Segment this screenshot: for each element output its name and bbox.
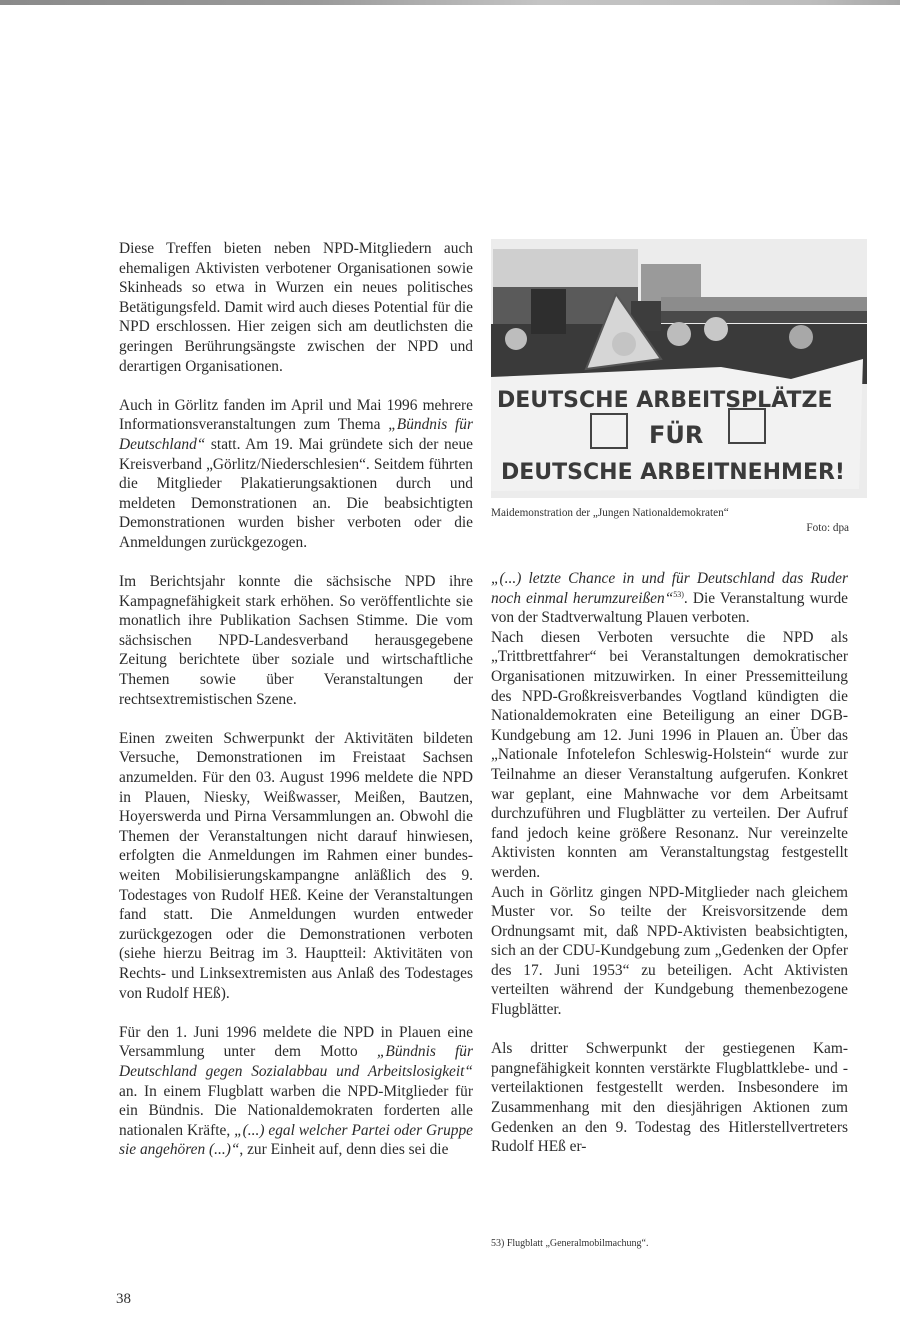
paragraph-treffen: Diese Treffen bieten neben NPD-Mitgliede…: [119, 239, 473, 376]
right-column: „(...) letzte Chance in und für Deutschl…: [491, 569, 848, 1157]
photo-caption: Maidemonstration der „Jungen Nationaldem…: [491, 506, 849, 536]
paragraph-goerlitz: Auch in Görlitz fanden im April und Mai …: [119, 396, 473, 553]
paragraph-dritter-schwerpunkt: Als dritter Schwerpunkt der gestiegenen …: [491, 1039, 848, 1157]
paragraph-zweiter-schwerpunkt: Einen zweiten Schwerpunkt der Aktivitäte…: [119, 729, 473, 1003]
page-number: 38: [116, 1291, 131, 1308]
paragraph-letzte-chance: „(...) letzte Chance in und für Deutschl…: [491, 569, 848, 628]
paragraph-juni-plauen: Für den 1. Juni 1996 meldete die NPD in …: [119, 1023, 473, 1160]
left-column: Diese Treffen bieten neben NPD-Mitgliede…: [119, 239, 473, 1160]
paragraph-berichtsjahr: Im Berichtsjahr konnte die sächsische NP…: [119, 572, 473, 709]
footnote-53: 53) Flugblatt „Generalmobilmachung“.: [491, 1238, 648, 1249]
svg-text:DEUTSCHE ARBEITNEHMER!: DEUTSCHE ARBEITNEHMER!: [501, 460, 845, 485]
scan-edge-bar: [0, 0, 900, 5]
paragraph-goerlitz-muster: Auch in Görlitz gingen NPD-Mitglieder na…: [491, 883, 848, 1020]
svg-text:DEUTSCHE ARBEITSPLÄTZE: DEUTSCHE ARBEITSPLÄTZE: [497, 387, 833, 413]
footnote-ref: 53): [673, 589, 684, 598]
demonstration-photo: DEUTSCHE ARBEITSPLÄTZE FÜR DEUTSCHE ARBE…: [491, 239, 867, 498]
caption-text: Maidemonstration der „Jungen Nationaldem…: [491, 506, 849, 521]
photo-credit: Foto: dpa: [491, 521, 849, 536]
svg-text:FÜR: FÜR: [649, 419, 703, 449]
paragraph-trittbrettfahrer: Nach diesen Verboten versuchte die NPD a…: [491, 628, 848, 883]
